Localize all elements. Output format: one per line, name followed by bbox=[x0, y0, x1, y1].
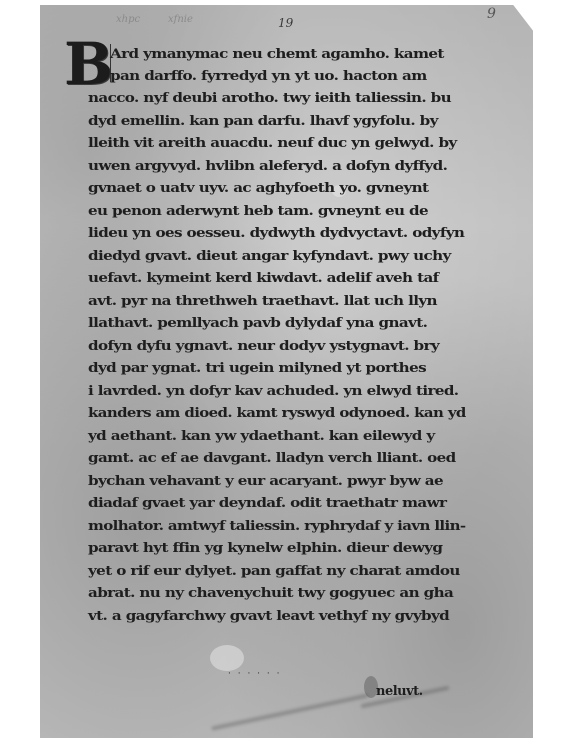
text-line: lideu yn oes oesseu. dydwyth dydvyctavt.… bbox=[88, 223, 464, 245]
text-line: yd aethant. kan yw ydaethant. kan eilewy… bbox=[88, 426, 435, 448]
parchment-stain bbox=[210, 645, 244, 671]
text-line: i lavrded. yn dofyr kav achuded. yn elwy… bbox=[88, 381, 458, 403]
text-line: kanders am dioed. kamt ryswyd odynoed. k… bbox=[88, 403, 466, 425]
decorated-initial: B bbox=[64, 38, 108, 90]
text-line: diadaf gvaet yar deyndaf. odit traethatr… bbox=[88, 493, 446, 515]
text-line: nacco. nyf deubi arotho. twy ieith talie… bbox=[88, 88, 451, 110]
text-line: llathavt. pemllyach pavb dylydaf yna gna… bbox=[88, 313, 427, 335]
margin-note: xfnie bbox=[168, 14, 193, 25]
text-line: avt. pyr na threthweh traethavt. llat uc… bbox=[88, 291, 437, 313]
text-line: pan darffo. fyrredyd yn yt uo. hacton am bbox=[110, 66, 427, 88]
text-line: bychan vehavant y eur acaryant. pwyr byw… bbox=[88, 471, 443, 493]
text-line: molhator. amtwyf taliessin. ryphrydaf y … bbox=[88, 516, 465, 538]
text-line: eu penon aderwynt heb tam. gvneynt eu de bbox=[88, 201, 428, 223]
text-line: lleith vit areith auacdu. neuf duc yn ge… bbox=[88, 133, 457, 155]
text-line: gamt. ac ef ae davgant. lladyn verch lli… bbox=[88, 448, 456, 470]
text-line: dyd emellin. kan pan darfu. lhavf ygyfol… bbox=[88, 111, 438, 133]
final-word: neluvt. bbox=[376, 684, 423, 699]
text-line: yet o rif eur dylyet. pan gaffat ny char… bbox=[88, 561, 460, 583]
underdots: · · · · · · bbox=[228, 669, 281, 679]
text-line: vt. a gagyfarchwy gvavt leavt vethyf ny … bbox=[88, 606, 449, 628]
text-line: dofyn dyfu ygnavt. neur dodyv ystygnavt.… bbox=[88, 336, 439, 358]
text-line: abrat. nu ny chavenychuit twy gogyuec an… bbox=[88, 583, 453, 605]
folio-number: 19 bbox=[278, 16, 293, 30]
text-line: uefavt. kymeint kerd kiwdavt. adelif ave… bbox=[88, 268, 439, 290]
text-line: dyd par ygnat. tri ugein milyned yt port… bbox=[88, 358, 426, 380]
text-line: Ard ymanymac neu chemt agamho. kamet bbox=[110, 44, 444, 66]
text-line: diedyd gvavt. dieut angar kyfyndavt. pwy… bbox=[88, 246, 451, 268]
text-line: uwen argyvyd. hvlibn aleferyd. a dofyn d… bbox=[88, 156, 447, 178]
corner-mark: 9 bbox=[487, 6, 496, 22]
parchment-streak bbox=[211, 693, 368, 730]
text-line: paravt hyt ffin yg kynelw elphin. dieur … bbox=[88, 538, 442, 560]
margin-note: xhpc bbox=[116, 14, 140, 25]
text-line: gvnaet o uatv uyv. ac aghyfoeth yo. gvne… bbox=[88, 178, 428, 200]
